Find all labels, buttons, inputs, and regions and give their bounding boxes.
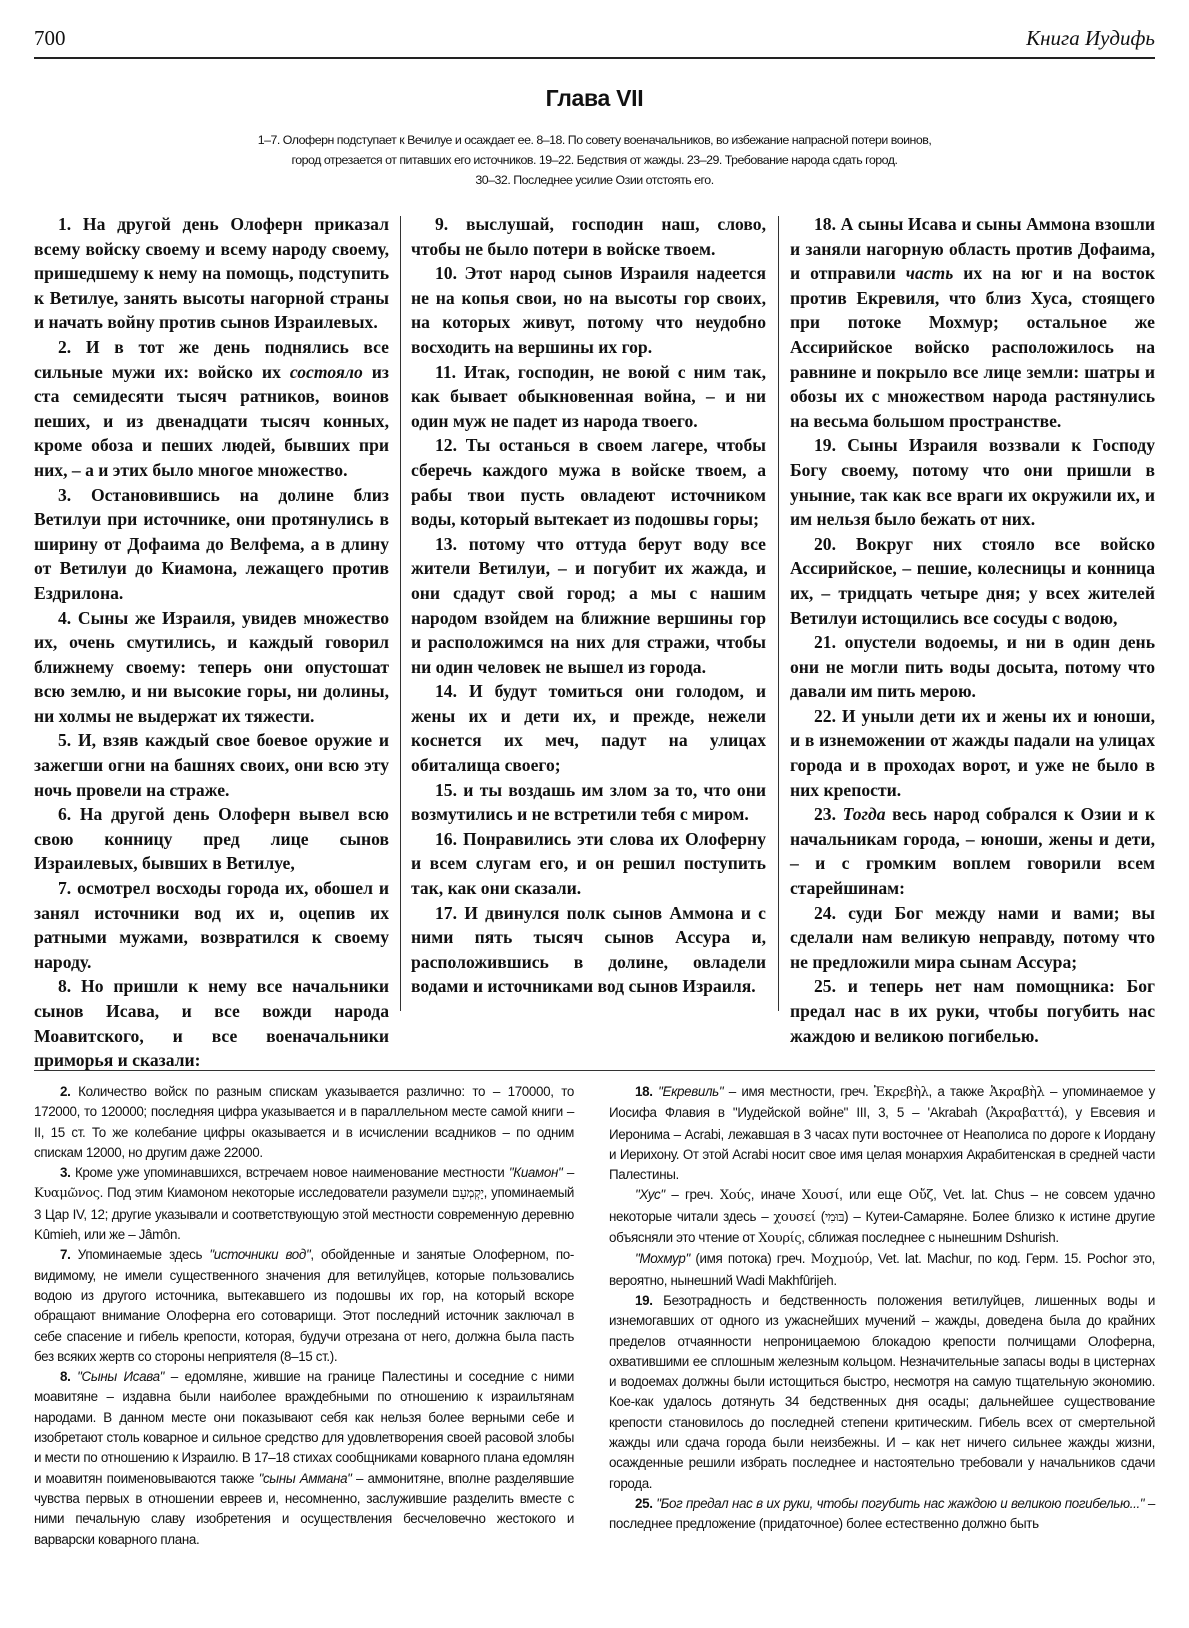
verse-16: 16. Понравились эти слова их Олоферну и … xyxy=(411,827,766,901)
verse-column-3: 18. А сыны Исава и сыны Аммона взошли и … xyxy=(790,212,1155,1022)
verse-9: 9. выслушай, господин наш, слово, чтобы … xyxy=(411,212,766,261)
commentary-note: 25. "Бог предал нас в их руки, чтобы пог… xyxy=(609,1494,1155,1535)
page-number: 700 xyxy=(34,26,66,51)
foreign-term: Χούς xyxy=(720,1188,751,1203)
note-number: 8. xyxy=(60,1369,70,1384)
verse-21: 21. опустели водоемы, и ни в один день о… xyxy=(790,630,1155,704)
foreign-term: Οὔζ xyxy=(909,1188,934,1203)
verse-text: 1. На другой день Олоферн приказал всему… xyxy=(34,212,1155,1022)
italic-quote: "Екревиль" xyxy=(658,1084,723,1099)
italic-word: состояло xyxy=(290,362,363,382)
foreign-term: Χουρίς xyxy=(758,1231,801,1246)
commentary-column-2: 18. "Екревиль" – имя местности, греч. Ἐκ… xyxy=(609,1082,1155,1535)
note-text: ( xyxy=(816,1209,825,1224)
column-divider xyxy=(778,216,779,1011)
commentary-note: 2. Количество войск по разным спискам ук… xyxy=(34,1082,574,1163)
note-text: , а также xyxy=(929,1084,990,1099)
italic-word: часть xyxy=(906,263,954,283)
note-number: 18. xyxy=(635,1084,653,1099)
italic-word: Тогда xyxy=(843,804,886,824)
note-number: 19. xyxy=(635,1293,653,1308)
commentary-note: "Мохмур" (имя потока) греч. Μοχμούρ, Vet… xyxy=(609,1249,1155,1291)
note-text: – греч. xyxy=(665,1187,720,1202)
verse-17: 17. И двинулся полк сынов Аммона и с ним… xyxy=(411,901,766,999)
verse-20: 20. Вокруг них стояло все войско Ассирий… xyxy=(790,532,1155,630)
note-text: (имя потока) греч. xyxy=(690,1251,811,1266)
verse-18: 18. А сыны Исава и сыны Аммона взошли и … xyxy=(790,212,1155,433)
verse-1: 1. На другой день Олоферн приказал всему… xyxy=(34,212,389,335)
commentary-note: 19. Безотрадность и бедственность положе… xyxy=(609,1291,1155,1494)
book-page: 700 Книга Иудифь Глава VII 1–7. Олоферн … xyxy=(0,0,1189,1628)
summary-line: город отрезается от питавших его источни… xyxy=(160,150,1029,170)
column-divider xyxy=(400,216,401,1011)
verse-24: 24. суди Бог между нами и вами; вы сдела… xyxy=(790,901,1155,975)
foreign-term: Ἐκρεβὴλ xyxy=(874,1085,929,1100)
verse-22: 22. И уныли дети их и жены их и юноши, и… xyxy=(790,704,1155,802)
note-text: – едомляне, жившие на границе Палестины … xyxy=(34,1369,574,1485)
verse-19: 19. Сыны Израиля воззвали к Господу Богу… xyxy=(790,433,1155,531)
verse-6: 6. На другой день Олоферн вывел всю свою… xyxy=(34,802,389,876)
note-number: 3. xyxy=(60,1165,70,1180)
note-text: – xyxy=(562,1165,574,1180)
chapter-summary: 1–7. Олоферн подступает к Вечилуе и осаж… xyxy=(160,130,1029,190)
book-title: Книга Иудифь xyxy=(1026,26,1155,51)
foreign-term: χουσεί xyxy=(773,1210,815,1225)
verse-fragment: 23. xyxy=(814,804,843,824)
italic-quote: "источники вод" xyxy=(209,1247,310,1262)
note-text: – имя местности, греч. xyxy=(723,1084,874,1099)
note-text: Упоминаемые здесь xyxy=(70,1247,209,1262)
italic-quote: "Сыны Исава" xyxy=(77,1369,164,1384)
commentary-column-1: 2. Количество войск по разным спискам ук… xyxy=(34,1082,574,1550)
note-number: 25. xyxy=(635,1496,653,1511)
commentary-note: 8. "Сыны Исава" – едомляне, жившие на гр… xyxy=(34,1367,574,1550)
verse-3: 3. Остановившись на долине близ Ветилуи … xyxy=(34,483,389,606)
note-text: Количество войск по разным спискам указы… xyxy=(34,1084,574,1160)
verse-14: 14. И будут томиться они голодом, и жены… xyxy=(411,679,766,777)
summary-line: 1–7. Олоферн подступает к Вечилуе и осаж… xyxy=(160,130,1029,150)
commentary-note: "Хус" – греч. Χούς, иначе Χουσί, или еще… xyxy=(609,1185,1155,1249)
header-rule xyxy=(34,57,1155,59)
note-text: , иначе xyxy=(751,1187,802,1202)
note-text: Кроме уже упоминавшихся, встречаем новое… xyxy=(70,1165,508,1180)
foreign-term: Μοχμούρ xyxy=(811,1252,869,1267)
verse-12: 12. Ты останься в своем лагере, чтобы сб… xyxy=(411,433,766,531)
italic-quote: "Бог предал нас в их руки, чтобы погубит… xyxy=(656,1496,1144,1511)
commentary-note: 7. Упоминаемые здесь "источники вод", об… xyxy=(34,1245,574,1367)
italic-quote: "Хус" xyxy=(635,1187,665,1202)
verse-7: 7. осмотрел восходы города их, обошел и … xyxy=(34,876,389,974)
foreign-term: Ἀκραβὴλ xyxy=(989,1085,1044,1100)
verse-4: 4. Сыны же Израиля, увидев множество их,… xyxy=(34,606,389,729)
summary-line: 30–32. Последнее усилие Озии отстоять ег… xyxy=(160,170,1029,190)
verse-2: 2. И в тот же день поднялись все сильные… xyxy=(34,335,389,483)
commentary-note: 18. "Екревиль" – имя местности, греч. Ἐκ… xyxy=(609,1082,1155,1185)
italic-quote: "Мохмур" xyxy=(635,1251,690,1266)
italic-quote: "Киамон" xyxy=(509,1165,563,1180)
note-number: 7. xyxy=(60,1247,70,1262)
note-number: 2. xyxy=(60,1084,70,1099)
note-text: . Под этим Киамоном некоторые исследоват… xyxy=(100,1185,452,1200)
note-text: Безотрадность и бедственность положения … xyxy=(609,1293,1155,1491)
foreign-term: Χουσί xyxy=(802,1188,839,1203)
running-head: 700 Книга Иудифь xyxy=(34,20,1155,54)
note-text: , или еще xyxy=(839,1187,908,1202)
verse-13: 13. потому что оттуда берут воду все жит… xyxy=(411,532,766,680)
verse-11: 11. Итак, господин, не воюй с ним так, к… xyxy=(411,360,766,434)
note-text: , обойденные и занятые Олоферном, по-вид… xyxy=(34,1247,574,1363)
verse-column-1: 1. На другой день Олоферн приказал всему… xyxy=(34,212,389,1022)
foreign-term: בּוּמִי xyxy=(825,1210,844,1225)
verse-23: 23. Тогда весь народ собрался к Озии и к… xyxy=(790,802,1155,900)
verse-25: 25. и теперь нет нам помощника: Бог пред… xyxy=(790,974,1155,1048)
italic-quote: "сыны Аммана" xyxy=(259,1471,352,1486)
verse-10: 10. Этот народ сынов Израиля надеется не… xyxy=(411,261,766,359)
foreign-term: Κυαμῶνος xyxy=(34,1186,100,1201)
verse-fragment: их на юг и на восток против Екревиля, чт… xyxy=(790,263,1155,431)
note-text: , сближая последнее с нынешним Dshurish. xyxy=(801,1230,1058,1245)
commentary-note: 3. Кроме уже упоминавшихся, встречаем но… xyxy=(34,1163,574,1245)
commentary: 2. Количество войск по разным спискам ук… xyxy=(34,1082,1155,1622)
verse-8: 8. Но пришли к нему все начальники сынов… xyxy=(34,974,389,1072)
foreign-term: יָקְמְעָם xyxy=(452,1186,484,1201)
footnote-rule xyxy=(34,1070,1155,1071)
foreign-term: Ἀκραβαττά xyxy=(990,1106,1060,1121)
verse-15: 15. и ты воздашь им злом за то, что они … xyxy=(411,778,766,827)
chapter-title: Глава VII xyxy=(0,85,1189,112)
verse-5: 5. И, взяв каждый свое боевое оружие и з… xyxy=(34,728,389,802)
verse-column-2: 9. выслушай, господин наш, слово, чтобы … xyxy=(411,212,766,1022)
